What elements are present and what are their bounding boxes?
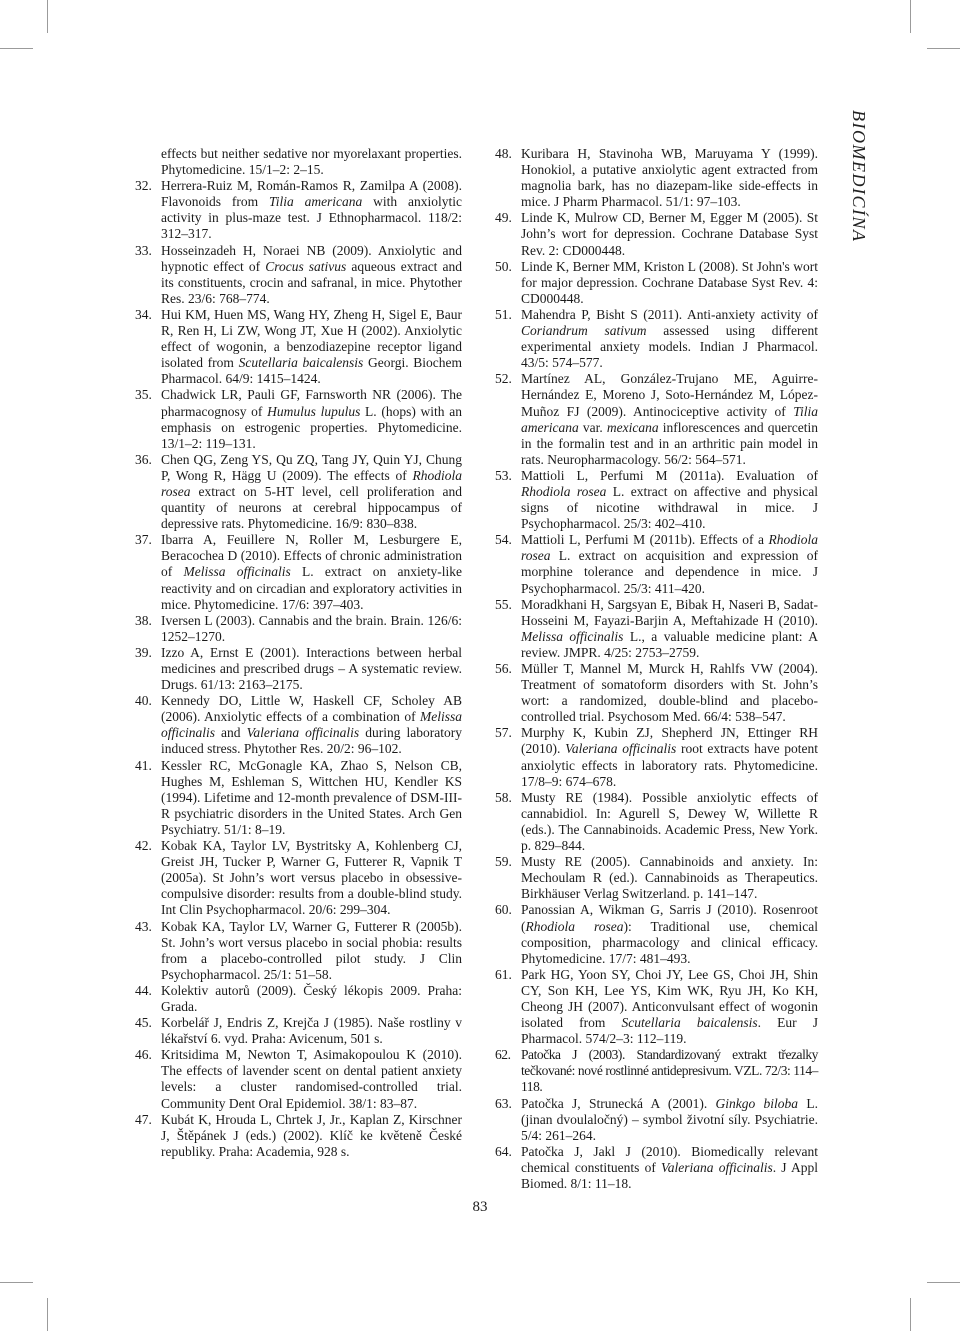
reference-item: 50.Linde K, Berner MM, Kriston L (2008).…: [495, 259, 818, 307]
species-name-italic: Humulus lupulus: [267, 404, 360, 419]
reference-number: 48.: [495, 146, 521, 162]
reference-item: 43.Kobak KA, Taylor LV, Warner G, Futter…: [135, 919, 462, 983]
reference-item: 48.Kuribara H, Stavinoha WB, Maruyama Y …: [495, 146, 818, 210]
crop-mark-top-right-horizontal: [927, 48, 960, 49]
crop-mark-bottom-right-vertical: [910, 1298, 911, 1331]
reference-item: 61.Park HG, Yoon SY, Choi JY, Lee GS, Ch…: [495, 967, 818, 1047]
reference-item: 52.Martínez AL, González-Trujano ME, Agu…: [495, 371, 818, 468]
crop-mark-top-left-vertical: [47, 0, 48, 33]
reference-number: 45.: [135, 1015, 161, 1031]
species-name-italic: Rhodiola rosea: [521, 484, 606, 499]
reference-number: 57.: [495, 725, 521, 741]
journal-page: BIOMEDICÍNA effects but neither sedative…: [0, 0, 960, 1331]
species-name-italic: Tilia americana: [269, 194, 362, 209]
crop-mark-bottom-left-horizontal: [0, 1282, 33, 1283]
reference-item: 37.Ibarra A, Feuillere N, Roller M, Lesb…: [135, 532, 462, 612]
references-column-right: 48.Kuribara H, Stavinoha WB, Maruyama Y …: [495, 146, 818, 1192]
reference-item: 51.Mahendra P, Bisht S (2011). Anti-anxi…: [495, 307, 818, 371]
species-name-italic: Rhodiola rosea: [161, 468, 462, 499]
reference-item: 59.Musty RE (2005). Cannabinoids and anx…: [495, 854, 818, 902]
species-name-italic: Scutellaria baicalensis: [622, 1015, 758, 1030]
reference-item: 49.Linde K, Mulrow CD, Berner M, Egger M…: [495, 210, 818, 258]
reference-number: 40.: [135, 693, 161, 709]
reference-number: 56.: [495, 661, 521, 677]
reference-item: 44.Kolektiv autorů (2009). Český lékopis…: [135, 983, 462, 1015]
reference-number: 49.: [495, 210, 521, 226]
reference-number: 44.: [135, 983, 161, 999]
reference-number: 52.: [495, 371, 521, 387]
reference-number: 47.: [135, 1112, 161, 1128]
references-column-left: effects but neither sedative nor myorela…: [135, 146, 462, 1160]
species-name-italic: Coriandrum sativum: [521, 323, 647, 338]
reference-number: 62.: [495, 1047, 521, 1063]
reference-item: 55.Moradkhani H, Sargsyan E, Bibak H, Na…: [495, 597, 818, 661]
crop-mark-top-right-vertical: [910, 0, 911, 33]
species-name-italic: Crocus sativus: [265, 259, 346, 274]
reference-number: 37.: [135, 532, 161, 548]
species-name-italic: Scutellaria baicalensis: [239, 355, 364, 370]
reference-number: 38.: [135, 613, 161, 629]
species-name-italic: Melissa officinalis: [183, 564, 290, 579]
reference-item: 46.Kritsidima M, Newton T, Asimakopoulou…: [135, 1047, 462, 1111]
reference-item: 56.Müller T, Mannel M, Murck H, Rahlfs V…: [495, 661, 818, 725]
reference-continuation: effects but neither sedative nor myorela…: [135, 146, 462, 178]
reference-item: 33.Hosseinzadeh H, Noraei NB (2009). Anx…: [135, 243, 462, 307]
species-name-italic: Rhodiola rosea: [521, 532, 818, 563]
species-name-italic: Melissa officinalis: [521, 629, 623, 644]
section-label-vertical: BIOMEDICÍNA: [848, 110, 869, 242]
reference-item: 36.Chen QG, Zeng YS, Qu ZQ, Tang JY, Qui…: [135, 452, 462, 532]
reference-number: 41.: [135, 758, 161, 774]
species-name-italic: Ginkgo biloba: [716, 1096, 799, 1111]
reference-number: 59.: [495, 854, 521, 870]
reference-item: 40.Kennedy DO, Little W, Haskell CF, Sch…: [135, 693, 462, 757]
reference-number: 33.: [135, 243, 161, 259]
crop-mark-bottom-left-vertical: [47, 1298, 48, 1331]
reference-item: 38.Iversen L (2003). Cannabis and the br…: [135, 613, 462, 645]
reference-number: 46.: [135, 1047, 161, 1063]
species-name-italic: Valeriana officinalis: [247, 725, 360, 740]
reference-item: 58.Musty RE (1984). Possible anxiolytic …: [495, 790, 818, 854]
reference-item: 64.Patočka J, Jakl J (2010). Biomedicall…: [495, 1144, 818, 1192]
species-name-italic: Valeriana officinalis: [661, 1160, 773, 1175]
reference-item: 41.Kessler RC, McGonagle KA, Zhao S, Nel…: [135, 758, 462, 838]
reference-item: 63.Patočka J, Strunecká A (2001). Ginkgo…: [495, 1096, 818, 1144]
species-name-italic: Valeriana officinalis: [565, 741, 676, 756]
reference-number: 50.: [495, 259, 521, 275]
reference-number: 61.: [495, 967, 521, 983]
reference-item: 60.Panossian A, Wikman G, Sarris J (2010…: [495, 902, 818, 966]
reference-number: 64.: [495, 1144, 521, 1160]
page-number: 83: [0, 1199, 960, 1216]
reference-item: 42.Kobak KA, Taylor LV, Bystritsky A, Ko…: [135, 838, 462, 918]
reference-number: 51.: [495, 307, 521, 323]
reference-item: 54.Mattioli L, Perfumi M (2011b). Effect…: [495, 532, 818, 596]
species-name-italic: Rhodiola rosea: [526, 919, 624, 934]
reference-item: 35.Chadwick LR, Pauli GF, Farnsworth NR …: [135, 387, 462, 451]
reference-item: 57.Murphy K, Kubin ZJ, Shepherd JN, Etti…: [495, 725, 818, 789]
reference-number: 35.: [135, 387, 161, 403]
reference-item: 34.Hui KM, Huen MS, Wang HY, Zheng H, Si…: [135, 307, 462, 387]
reference-number: 43.: [135, 919, 161, 935]
reference-number: 39.: [135, 645, 161, 661]
reference-number: 55.: [495, 597, 521, 613]
reference-number: 53.: [495, 468, 521, 484]
reference-number: 34.: [135, 307, 161, 323]
crop-mark-top-left-horizontal: [0, 48, 33, 49]
reference-number: 60.: [495, 902, 521, 918]
reference-item: 62.Patočka J (2003). Standardizovaný ext…: [495, 1047, 818, 1095]
reference-item: 47.Kubát K, Hrouda L, Chrtek J, Jr., Kap…: [135, 1112, 462, 1160]
reference-item: 45.Korbelář J, Endris Z, Krejča J (1985)…: [135, 1015, 462, 1047]
reference-item: 53.Mattioli L, Perfumi M (2011a). Evalua…: [495, 468, 818, 532]
reference-item: 32.Herrera-Ruiz M, Román-Ramos R, Zamilp…: [135, 178, 462, 242]
species-name-italic: Tilia americana: [521, 404, 818, 435]
crop-mark-bottom-right-horizontal: [927, 1282, 960, 1283]
reference-number: 63.: [495, 1096, 521, 1112]
reference-number: 36.: [135, 452, 161, 468]
reference-number: 58.: [495, 790, 521, 806]
reference-number: 54.: [495, 532, 521, 548]
reference-item: 39.Izzo A, Ernst E (2001). Interactions …: [135, 645, 462, 693]
reference-number: 42.: [135, 838, 161, 854]
species-name-italic: mexicana: [607, 420, 659, 435]
reference-number: 32.: [135, 178, 161, 194]
